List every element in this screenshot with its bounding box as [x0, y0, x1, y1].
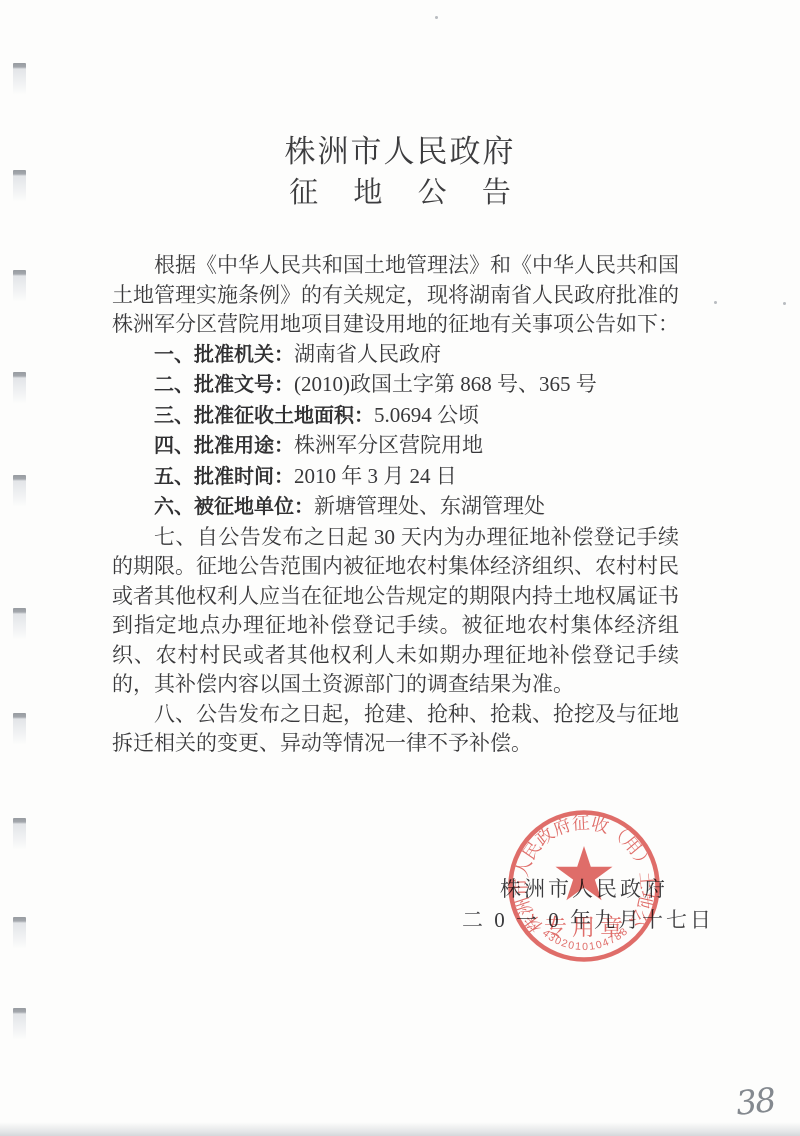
intro-paragraph: 根据《中华人民共和国土地管理法》和《中华人民共和国土地管理实施条例》的有关规定，…	[112, 251, 679, 340]
item-value: (2010)政国土字第 868 号、365 号	[294, 372, 597, 396]
binder-mark	[13, 917, 26, 949]
binder-mark	[13, 608, 26, 640]
list-item-4: 四、批准用途：株洲军分区营院用地	[112, 431, 679, 462]
scanned-document-page: 株洲市人民政府 征 地 公 告 根据《中华人民共和国土地管理法》和《中华人民共和…	[0, 0, 800, 1136]
item-label: 四、批准用途：	[154, 435, 294, 457]
item-value: 株洲军分区营院用地	[294, 433, 483, 457]
item-value: 湖南省人民政府	[294, 342, 441, 366]
item-label: 二、批准文号：	[154, 374, 294, 396]
item-value: 新塘管理处、东湖管理处	[314, 494, 545, 518]
official-red-seal: 株洲市人民政府征收（用）土地公告 4302010104788 专用章	[504, 806, 664, 966]
list-item-6: 六、被征地单位：新塘管理处、东湖管理处	[112, 492, 679, 523]
item-value: 2010 年 3 月 24 日	[294, 464, 457, 488]
list-item-1: 一、批准机关：湖南省人民政府	[112, 340, 679, 371]
list-item-3: 三、批准征收土地面积：5.0694 公顷	[112, 401, 679, 432]
scan-speck	[783, 302, 786, 305]
binder-mark	[13, 818, 26, 850]
binder-mark	[13, 475, 26, 507]
binder-mark	[13, 372, 26, 404]
list-item-5: 五、批准时间：2010 年 3 月 24 日	[112, 462, 679, 493]
handwritten-page-number: 38	[734, 1080, 776, 1123]
binder-mark	[13, 713, 26, 745]
item-label: 一、批准机关：	[154, 344, 294, 366]
document-title: 株洲市人民政府	[0, 126, 800, 171]
item-label: 五、批准时间：	[154, 466, 294, 488]
scan-speck	[435, 16, 438, 19]
scan-speck	[714, 301, 717, 304]
scan-edge-shadow	[0, 1122, 800, 1136]
document-body: 根据《中华人民共和国土地管理法》和《中华人民共和国土地管理实施条例》的有关规定，…	[112, 251, 679, 759]
item-label: 六、被征地单位：	[154, 496, 314, 518]
document-subtitle: 征 地 公 告	[0, 170, 800, 211]
list-item-2: 二、批准文号：(2010)政国土字第 868 号、365 号	[112, 370, 679, 401]
item-label: 三、批准征收土地面积：	[154, 405, 374, 427]
item-value: 5.0694 公顷	[374, 403, 479, 427]
binder-mark	[13, 1008, 26, 1040]
seal-center-text: 专用章	[544, 914, 628, 940]
binder-mark	[13, 63, 26, 95]
paragraph-7: 七、自公告发布之日起 30 天内为办理征地补偿登记手续的期限。征地公告范围内被征…	[112, 523, 679, 700]
paragraph-8: 八、公告发布之日起，抢建、抢种、抢栽、抢挖及与征地拆迁相关的变更、异动等情况一律…	[112, 700, 679, 759]
binder-mark	[13, 270, 26, 302]
star-icon	[556, 846, 613, 900]
